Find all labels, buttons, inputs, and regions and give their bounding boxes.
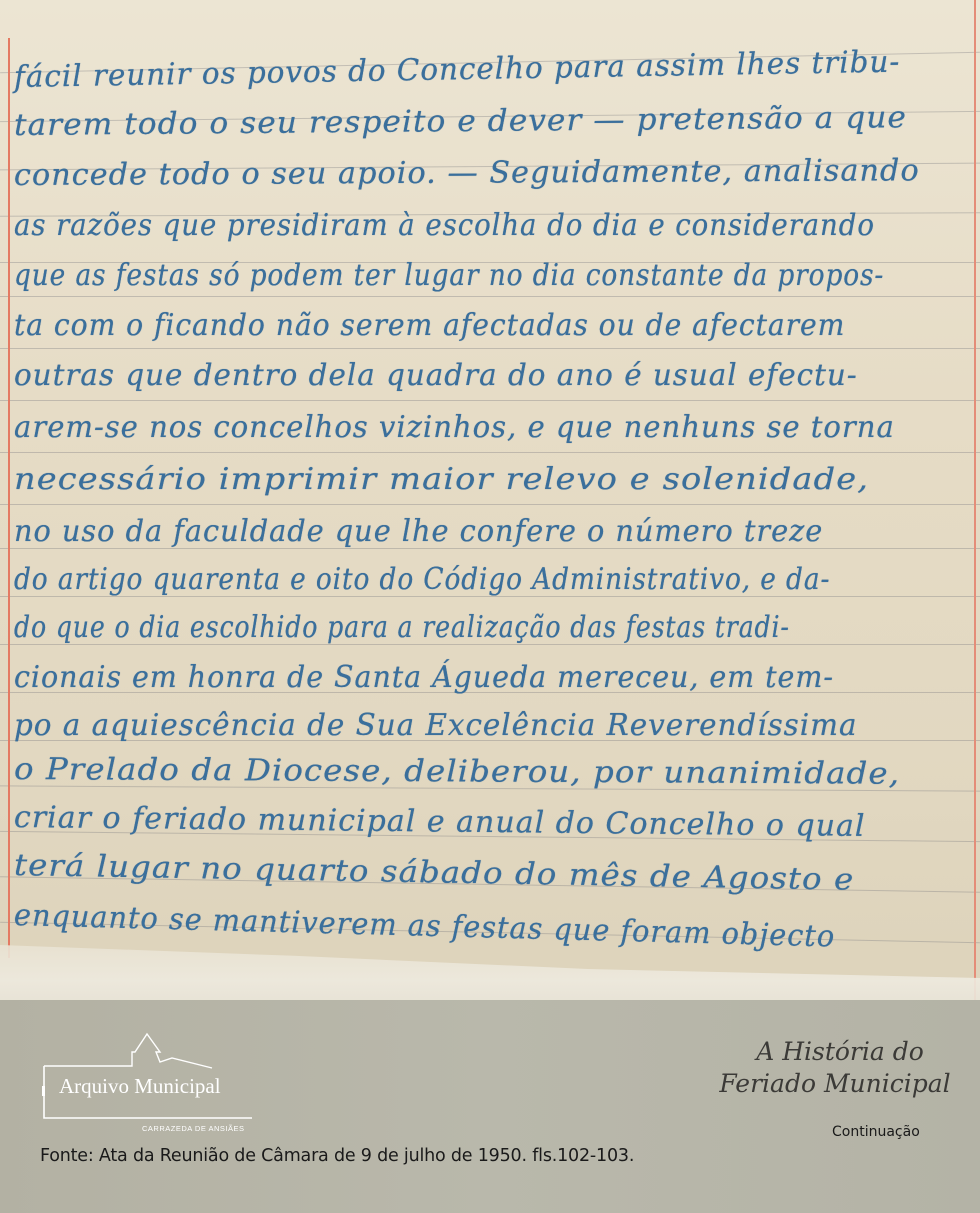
handwritten-line: o Prelado da Diocese, deliberou, por una… [14,750,980,795]
ruled-line [0,400,980,401]
page-title: A História do Feriado Municipal [715,1036,955,1100]
manuscript-page: fácil reunir os povos do Concelho para a… [0,0,980,1000]
footer-banner: Arquivo Municipal CARRAZEDA DE ANSIÃES F… [0,1000,980,1213]
left-margin-line [8,38,10,958]
handwritten-line: cionais em honra de Santa Águeda mereceu… [14,658,922,698]
handwritten-line: que as festas só podem ter lugar no dia … [14,256,855,296]
handwritten-line: fácil reunir os povos do Concelho para a… [14,42,951,98]
source-citation: Fonte: Ata da Reunião de Câmara de 9 de … [40,1146,634,1166]
handwritten-line: terá lugar no quarto sábado do mês de Ag… [14,846,980,904]
logo-title: Arquivo Municipal [59,1074,221,1099]
continuation-label: Continuação [832,1124,920,1140]
handwritten-line: criar o feriado municipal e anual do Con… [14,798,970,848]
handwritten-line: arem-se nos concelhos vizinhos, e que ne… [14,408,941,448]
ruled-line [0,504,980,505]
ruled-line [0,296,980,297]
title-line-1: A História do [715,1036,955,1068]
handwritten-line: outras que dentro dela quadra do ano é u… [14,356,951,396]
handwritten-line: no uso da faculdade que lhe confere o nú… [14,512,932,552]
handwritten-line: enquanto se mantiverem as festas que for… [13,896,931,960]
handwritten-line: po a aquiescência de Sua Excelência Reve… [14,706,951,746]
ruled-line [0,452,980,453]
handwritten-line: ta com o ficando não serem afectadas ou … [14,306,913,346]
handwritten-line: do que o dia escolhido para a realização… [14,608,817,648]
handwritten-line: tarem todo o seu respeito e dever — pret… [14,97,980,146]
handwritten-line: do artigo quarenta e oito do Código Admi… [14,560,855,600]
handwritten-line: necessário imprimir maior relevo e solen… [14,460,980,500]
title-line-2: Feriado Municipal [715,1068,955,1100]
arquivo-municipal-logo: Arquivo Municipal CARRAZEDA DE ANSIÃES [40,1030,260,1140]
logo-subtitle: CARRAZEDA DE ANSIÃES [142,1124,245,1133]
ruled-line [0,348,980,349]
handwritten-line: concede todo o seu apoio. — Seguidamente… [14,151,980,196]
handwritten-line: as razões que presidiram à escolha do di… [14,206,894,246]
